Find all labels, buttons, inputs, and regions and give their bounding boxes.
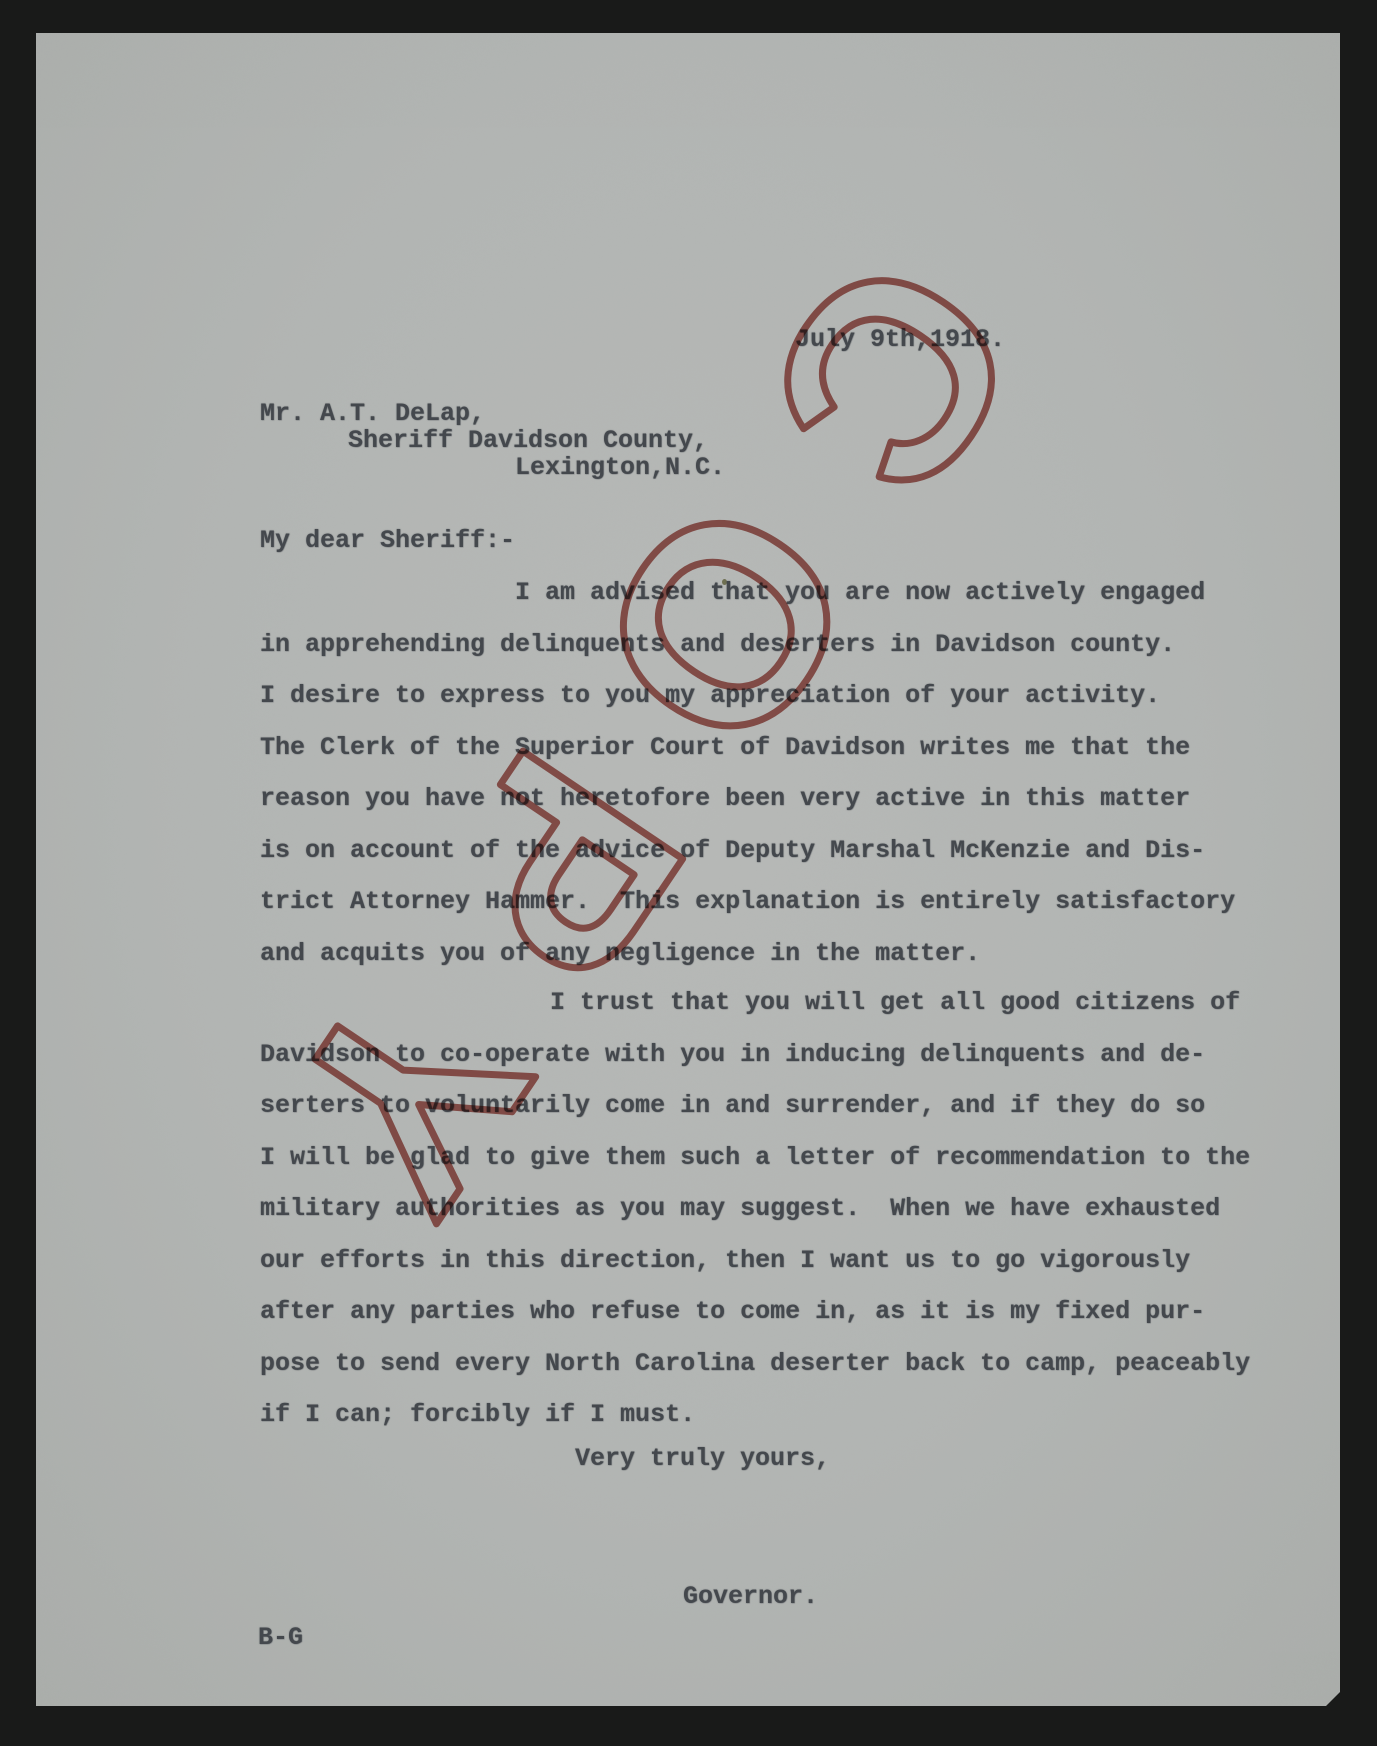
typed-line: and acquits you of any negligence in the… <box>260 928 1235 980</box>
typed-line: is on account of the advice of Deputy Ma… <box>260 825 1235 877</box>
typed-line: Mr. A.T. DeLap, <box>260 400 725 427</box>
closing-line: Very truly yours, <box>575 1445 830 1472</box>
typed-line: reason you have not heretofore been very… <box>260 773 1235 825</box>
typed-line: Davidson to co-operate with you in induc… <box>260 1029 1250 1081</box>
typed-line: if I can; forcibly if I must. <box>260 1389 1250 1441</box>
scan-background: { "scan": { "background_color": "#191a19… <box>0 0 1377 1746</box>
body-paragraph-1: I am advised that you are now actively e… <box>260 567 1235 979</box>
typed-line: in apprehending delinquents and deserter… <box>260 619 1235 671</box>
typed-line: I desire to express to you my appreciati… <box>260 670 1235 722</box>
typed-line: military authorities as you may suggest.… <box>260 1183 1250 1235</box>
typed-line: Lexington,N.C. <box>260 454 725 481</box>
typed-line: serters to voluntarily come in and surre… <box>260 1080 1250 1132</box>
signature-title: Governor. <box>683 1583 818 1610</box>
typed-line: trict Attorney Hammer. This explanation … <box>260 876 1235 928</box>
typed-line: The Clerk of the Superior Court of David… <box>260 722 1235 774</box>
typed-line: I trust that you will get all good citiz… <box>260 977 1250 1029</box>
typed-line: I am advised that you are now actively e… <box>260 567 1235 619</box>
typed-line: after any parties who refuse to come in,… <box>260 1286 1250 1338</box>
typed-line: our efforts in this direction, then I wa… <box>260 1235 1250 1287</box>
body-paragraph-2: I trust that you will get all good citiz… <box>260 977 1250 1441</box>
typed-line: I will be glad to give them such a lette… <box>260 1132 1250 1184</box>
date-line: July 9th,1918. <box>795 326 1005 353</box>
typed-line: pose to send every North Carolina desert… <box>260 1338 1250 1390</box>
typed-line: Sheriff Davidson County, <box>260 427 725 454</box>
salutation: My dear Sheriff:- <box>260 527 515 554</box>
typist-initials: B-G <box>258 1624 303 1651</box>
recipient-block: Mr. A.T. DeLap,Sheriff Davidson County,L… <box>260 400 725 481</box>
